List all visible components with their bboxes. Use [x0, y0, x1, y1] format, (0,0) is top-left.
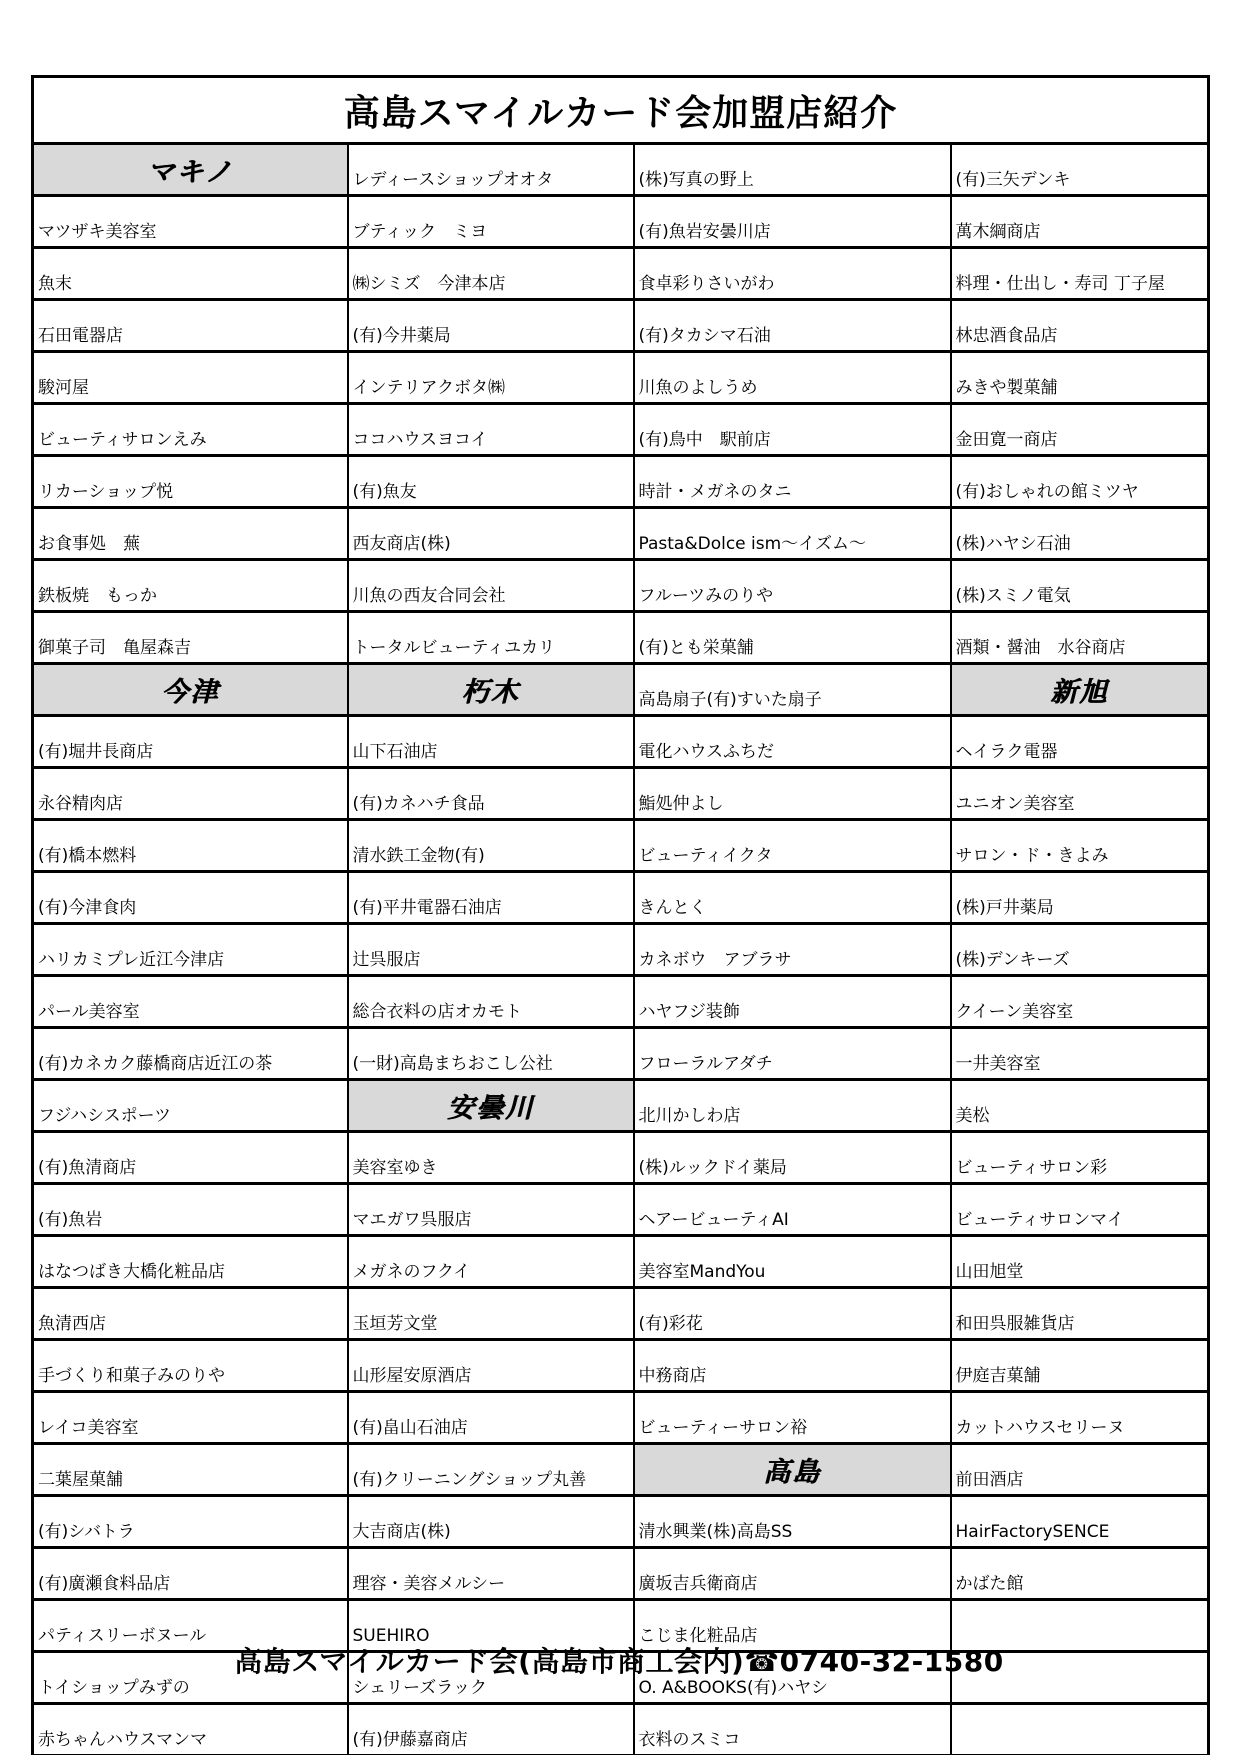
- store-cell: 酒類・醤油 水谷商店: [951, 612, 1209, 664]
- store-cell: 川魚の西友合同会社: [348, 560, 634, 612]
- store-cell: (株)デンキーズ: [951, 924, 1209, 976]
- region-header-cell: 新旭: [951, 664, 1209, 716]
- store-cell: 辻呉服店: [348, 924, 634, 976]
- store-cell: (有)魚岩: [33, 1184, 348, 1236]
- member-store-table-body: 高島スマイルカード会加盟店紹介 マキノレディースショップオオタ(株)写真の野上(…: [33, 77, 1209, 1755]
- table-row: (有)魚岩マエガワ呉服店ヘアービューティAIビューティサロンマイ: [33, 1184, 1209, 1236]
- store-cell: レディースショップオオタ: [348, 144, 634, 196]
- store-cell: 鮨処仲よし: [634, 768, 951, 820]
- store-cell: マエガワ呉服店: [348, 1184, 634, 1236]
- table-row: 永谷精肉店(有)カネハチ食品鮨処仲よしユニオン美容室: [33, 768, 1209, 820]
- store-cell: (有)カネカク藤橋商店近江の茶: [33, 1028, 348, 1080]
- store-cell: はなつばき大橋化粧品店: [33, 1236, 348, 1288]
- table-row: (有)シバトラ大吉商店(株)清水興業(株)高島SSHairFactorySENC…: [33, 1496, 1209, 1548]
- store-cell: ココハウスヨコイ: [348, 404, 634, 456]
- table-row: お食事処 蕪西友商店(株)Pasta&Dolce ism～イズム～(株)ハヤシ石…: [33, 508, 1209, 560]
- store-cell: レイコ美容室: [33, 1392, 348, 1444]
- table-row: (有)廣瀬食料品店理容・美容メルシー廣坂吉兵衛商店かばた館: [33, 1548, 1209, 1600]
- store-cell: 食卓彩りさいがわ: [634, 248, 951, 300]
- table-row: パール美容室総合衣料の店オカモトハヤフジ装飾クイーン美容室: [33, 976, 1209, 1028]
- store-cell: お食事処 蕪: [33, 508, 348, 560]
- store-cell: ブティック ミヨ: [348, 196, 634, 248]
- store-cell: 伊庭吉菓舗: [951, 1340, 1209, 1392]
- store-cell: (有)三矢デンキ: [951, 144, 1209, 196]
- store-cell: 高島扇子(有)すいた扇子: [634, 664, 951, 716]
- table-row: マツザキ美容室ブティック ミヨ(有)魚岩安曇川店萬木綱商店: [33, 196, 1209, 248]
- store-cell: 中務商店: [634, 1340, 951, 1392]
- store-cell: (株)戸井薬局: [951, 872, 1209, 924]
- store-cell: リカーショップ悦: [33, 456, 348, 508]
- store-cell: ヘイラク電器: [951, 716, 1209, 768]
- store-cell: 林忠酒食品店: [951, 300, 1209, 352]
- store-cell: (有)シバトラ: [33, 1496, 348, 1548]
- store-cell: カットハウスセリーヌ: [951, 1392, 1209, 1444]
- store-cell: (有)魚清商店: [33, 1132, 348, 1184]
- store-cell: クイーン美容室: [951, 976, 1209, 1028]
- footer-phone-number: 0740-32-1580: [780, 1645, 1004, 1678]
- page-title: 高島スマイルカード会加盟店紹介: [33, 77, 1209, 144]
- store-cell: 衣料のスミコ: [634, 1704, 951, 1755]
- store-cell: トータルビューティユカリ: [348, 612, 634, 664]
- store-cell: (有)彩花: [634, 1288, 951, 1340]
- table-row: リカーショップ悦(有)魚友時計・メガネのタニ(有)おしゃれの館ミツヤ: [33, 456, 1209, 508]
- store-cell: 総合衣料の店オカモト: [348, 976, 634, 1028]
- store-cell: 玉垣芳文堂: [348, 1288, 634, 1340]
- store-cell: 清水鉄工金物(有): [348, 820, 634, 872]
- store-cell: 御菓子司 亀屋森吉: [33, 612, 348, 664]
- store-cell: 金田寛一商店: [951, 404, 1209, 456]
- store-cell: 理容・美容メルシー: [348, 1548, 634, 1600]
- store-cell: 廣坂吉兵衛商店: [634, 1548, 951, 1600]
- table-row: (有)魚清商店美容室ゆき(株)ルックドイ薬局ビューティサロン彩: [33, 1132, 1209, 1184]
- store-cell: ビューティサロンえみ: [33, 404, 348, 456]
- store-cell: (株)スミノ電気: [951, 560, 1209, 612]
- empty-cell: [951, 1704, 1209, 1755]
- member-store-table: 高島スマイルカード会加盟店紹介 マキノレディースショップオオタ(株)写真の野上(…: [31, 75, 1210, 1755]
- store-cell: (有)伊藤嘉商店: [348, 1704, 634, 1755]
- region-header-cell: マキノ: [33, 144, 348, 196]
- region-header-cell: 今津: [33, 664, 348, 716]
- store-cell: サロン・ド・きよみ: [951, 820, 1209, 872]
- store-cell: メガネのフクイ: [348, 1236, 634, 1288]
- store-cell: 大吉商店(株): [348, 1496, 634, 1548]
- store-cell: インテリアクボタ㈱: [348, 352, 634, 404]
- document-page: 高島スマイルカード会加盟店紹介 マキノレディースショップオオタ(株)写真の野上(…: [0, 0, 1241, 1755]
- store-cell: 料理・仕出し・寿司 丁子屋: [951, 248, 1209, 300]
- store-cell: 川魚のよしうめ: [634, 352, 951, 404]
- store-cell: ㈱シミズ 今津本店: [348, 248, 634, 300]
- store-cell: マツザキ美容室: [33, 196, 348, 248]
- store-cell: 前田酒店: [951, 1444, 1209, 1496]
- region-header-cell: 高島: [634, 1444, 951, 1496]
- store-cell: 二葉屋菓舗: [33, 1444, 348, 1496]
- store-cell: みきや製菓舗: [951, 352, 1209, 404]
- table-row: レイコ美容室(有)畠山石油店ビューティーサロン裕カットハウスセリーヌ: [33, 1392, 1209, 1444]
- table-row: ビューティサロンえみココハウスヨコイ(有)鳥中 駅前店金田寛一商店: [33, 404, 1209, 456]
- store-cell: カネボウ アブラサ: [634, 924, 951, 976]
- store-cell: (有)とも栄菓舗: [634, 612, 951, 664]
- store-cell: 赤ちゃんハウスマンマ: [33, 1704, 348, 1755]
- table-row: 手づくり和菓子みのりや山形屋安原酒店中務商店伊庭吉菓舗: [33, 1340, 1209, 1392]
- store-cell: フジハシスポーツ: [33, 1080, 348, 1132]
- store-cell: HairFactorySENCE: [951, 1496, 1209, 1548]
- footer-org-text: 高島スマイルカード会(高島市商工会内): [234, 1645, 744, 1678]
- store-cell: (有)畠山石油店: [348, 1392, 634, 1444]
- table-row: 魚末㈱シミズ 今津本店食卓彩りさいがわ料理・仕出し・寿司 丁子屋: [33, 248, 1209, 300]
- store-cell: 山下石油店: [348, 716, 634, 768]
- store-cell: (有)魚友: [348, 456, 634, 508]
- store-cell: (有)クリーニングショップ丸善: [348, 1444, 634, 1496]
- phone-icon: ☎: [744, 1645, 779, 1678]
- table-row: 二葉屋菓舗(有)クリーニングショップ丸善高島前田酒店: [33, 1444, 1209, 1496]
- store-cell: ハヤフジ装飾: [634, 976, 951, 1028]
- store-cell: きんとく: [634, 872, 951, 924]
- table-row: 鉄板焼 もっか川魚の西友合同会社フルーツみのりや(株)スミノ電気: [33, 560, 1209, 612]
- store-cell: 一井美容室: [951, 1028, 1209, 1080]
- store-cell: パール美容室: [33, 976, 348, 1028]
- store-cell: (有)タカシマ石油: [634, 300, 951, 352]
- store-cell: 魚清西店: [33, 1288, 348, 1340]
- store-cell: フローラルアダチ: [634, 1028, 951, 1080]
- store-cell: 北川かしわ店: [634, 1080, 951, 1132]
- region-header-cell: 安曇川: [348, 1080, 634, 1132]
- store-cell: ユニオン美容室: [951, 768, 1209, 820]
- title-row: 高島スマイルカード会加盟店紹介: [33, 77, 1209, 144]
- table-row: 魚清西店玉垣芳文堂(有)彩花和田呉服雑貨店: [33, 1288, 1209, 1340]
- store-cell: 電化ハウスふちだ: [634, 716, 951, 768]
- store-cell: 山田旭堂: [951, 1236, 1209, 1288]
- table-row: マキノレディースショップオオタ(株)写真の野上(有)三矢デンキ: [33, 144, 1209, 196]
- store-cell: (株)ルックドイ薬局: [634, 1132, 951, 1184]
- table-row: 御菓子司 亀屋森吉トータルビューティユカリ(有)とも栄菓舗酒類・醤油 水谷商店: [33, 612, 1209, 664]
- store-cell: 美容室MandYou: [634, 1236, 951, 1288]
- store-cell: かばた館: [951, 1548, 1209, 1600]
- table-row: (有)今津食肉(有)平井電器石油店きんとく(株)戸井薬局: [33, 872, 1209, 924]
- table-row: はなつばき大橋化粧品店メガネのフクイ美容室MandYou山田旭堂: [33, 1236, 1209, 1288]
- table-row: (有)カネカク藤橋商店近江の茶(一財)高島まちおこし公社フローラルアダチ一井美容…: [33, 1028, 1209, 1080]
- store-cell: ビューティサロンマイ: [951, 1184, 1209, 1236]
- store-cell: (有)鳥中 駅前店: [634, 404, 951, 456]
- store-cell: 和田呉服雑貨店: [951, 1288, 1209, 1340]
- store-cell: (有)堀井長商店: [33, 716, 348, 768]
- store-cell: (一財)高島まちおこし公社: [348, 1028, 634, 1080]
- store-cell: 魚末: [33, 248, 348, 300]
- store-cell: フルーツみのりや: [634, 560, 951, 612]
- store-cell: ビューティーサロン裕: [634, 1392, 951, 1444]
- store-cell: 石田電器店: [33, 300, 348, 352]
- table-row: 今津朽木高島扇子(有)すいた扇子新旭: [33, 664, 1209, 716]
- store-cell: 清水興業(株)高島SS: [634, 1496, 951, 1548]
- store-cell: 萬木綱商店: [951, 196, 1209, 248]
- store-cell: (有)カネハチ食品: [348, 768, 634, 820]
- store-cell: ハリカミプレ近江今津店: [33, 924, 348, 976]
- store-cell: 美容室ゆき: [348, 1132, 634, 1184]
- store-cell: (株)写真の野上: [634, 144, 951, 196]
- table-row: 駿河屋インテリアクボタ㈱川魚のよしうめみきや製菓舗: [33, 352, 1209, 404]
- store-cell: 駿河屋: [33, 352, 348, 404]
- store-cell: 山形屋安原酒店: [348, 1340, 634, 1392]
- store-cell: 時計・メガネのタニ: [634, 456, 951, 508]
- footer: 高島スマイルカード会(高島市商工会内)☎0740-32-1580: [31, 1640, 1207, 1680]
- table-row: フジハシスポーツ安曇川北川かしわ店美松: [33, 1080, 1209, 1132]
- store-cell: (有)魚岩安曇川店: [634, 196, 951, 248]
- store-cell: (株)ハヤシ石油: [951, 508, 1209, 560]
- store-cell: 美松: [951, 1080, 1209, 1132]
- store-cell: 鉄板焼 もっか: [33, 560, 348, 612]
- store-cell: 永谷精肉店: [33, 768, 348, 820]
- table-row: (有)橋本燃料清水鉄工金物(有)ビューティイクタサロン・ド・きよみ: [33, 820, 1209, 872]
- store-cell: 手づくり和菓子みのりや: [33, 1340, 348, 1392]
- store-cell: ビューティサロン彩: [951, 1132, 1209, 1184]
- store-cell: ヘアービューティAI: [634, 1184, 951, 1236]
- table-row: (有)堀井長商店山下石油店電化ハウスふちだヘイラク電器: [33, 716, 1209, 768]
- table-row: 赤ちゃんハウスマンマ(有)伊藤嘉商店衣料のスミコ: [33, 1704, 1209, 1755]
- store-cell: (有)今井薬局: [348, 300, 634, 352]
- table-row: 石田電器店(有)今井薬局(有)タカシマ石油林忠酒食品店: [33, 300, 1209, 352]
- store-cell: ビューティイクタ: [634, 820, 951, 872]
- store-cell: 西友商店(株): [348, 508, 634, 560]
- store-cell: (有)廣瀬食料品店: [33, 1548, 348, 1600]
- store-cell: (有)おしゃれの館ミツヤ: [951, 456, 1209, 508]
- region-header-cell: 朽木: [348, 664, 634, 716]
- store-cell: (有)橋本燃料: [33, 820, 348, 872]
- store-cell: Pasta&Dolce ism～イズム～: [634, 508, 951, 560]
- store-cell: (有)平井電器石油店: [348, 872, 634, 924]
- store-cell: (有)今津食肉: [33, 872, 348, 924]
- table-row: ハリカミプレ近江今津店辻呉服店カネボウ アブラサ(株)デンキーズ: [33, 924, 1209, 976]
